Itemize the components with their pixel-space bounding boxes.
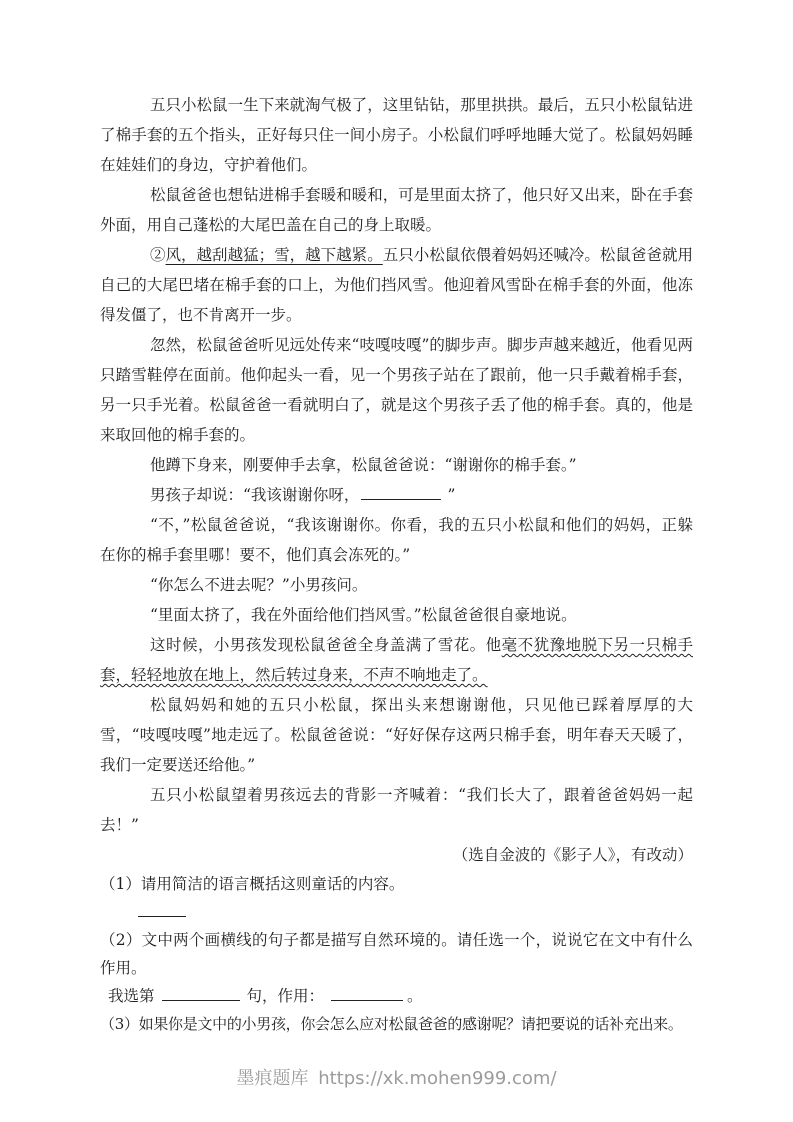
story-text: 松鼠妈妈和她的五只小松鼠，探出头来想谢谢他，只见他已踩着厚厚的大雪，“吱嘎吱嘎”… xyxy=(100,696,693,774)
story-paragraph-9: “里面太挤了，我在外面给他们挡风雪。”松鼠爸爸很自豪地说。 xyxy=(100,600,693,630)
story-paragraph-8: “你怎么不进去呢？”小男孩问。 xyxy=(100,570,693,600)
story-text: “你怎么不进去呢？”小男孩问。 xyxy=(150,576,367,594)
story-paragraph-7: “不，”松鼠爸爸说，“我该谢谢你。你看，我的五只小松鼠和他们的妈妈，正躲在你的棉… xyxy=(100,510,693,570)
answer-blank-sentence-number xyxy=(162,986,240,1001)
story-text: 这时候，小男孩发现松鼠爸爸全身盖满了雪花。他 xyxy=(150,636,502,654)
story-paragraph-11: 松鼠妈妈和她的五只小松鼠，探出头来想谢谢他，只见他已踩着厚厚的大雪，“吱嘎吱嘎”… xyxy=(100,690,693,780)
story-text: ” xyxy=(447,486,455,504)
reading-passage: 五只小松鼠一生下来就淘气极了，这里钻钻，那里拱拱。最后，五只小松鼠钻进了棉手套的… xyxy=(100,90,693,1038)
answer-prefix: 我选第 xyxy=(108,987,155,1005)
story-text: “不，”松鼠爸爸说，“我该谢谢你。你看，我的五只小松鼠和他们的妈妈，正躲在你的棉… xyxy=(100,516,693,564)
story-paragraph-5: 他蹲下身来，刚要伸手去拿，松鼠爸爸说：“谢谢你的棉手套。” xyxy=(100,450,693,480)
question-1-answer-row xyxy=(100,898,693,926)
story-paragraph-4: 忽然，松鼠爸爸听见远处传来“吱嘎吱嘎”的脚步声。脚步声越来越近，他看见两只踏雪鞋… xyxy=(100,330,693,450)
story-text: 松鼠爸爸也想钻进棉手套暖和暖和，可是里面太挤了，他只好又出来，卧在手套外面，用自… xyxy=(100,186,693,234)
question-2-answer-row: 我选第句，作用：。 xyxy=(100,982,693,1010)
page-footer: 墨痕题库 https://xk.mohen999.com/ xyxy=(0,1064,793,1090)
story-paragraph-12: 五只小松鼠望着男孩远去的背影一齐喊着：“我们长大了，跟着爸爸妈妈一起去！” xyxy=(100,780,693,840)
story-text: “里面太挤了，我在外面给他们挡风雪。”松鼠爸爸很自豪地说。 xyxy=(150,606,577,624)
answer-end: 。 xyxy=(407,987,423,1005)
question-1: （1）请用简洁的语言概括这则童话的内容。 xyxy=(100,870,693,898)
story-paragraph-6: 男孩子却说：“我该谢谢你呀，” xyxy=(100,480,693,510)
story-text: 他蹲下身来，刚要伸手去拿，松鼠爸爸说：“谢谢你的棉手套。” xyxy=(150,456,577,474)
question-2: （2）文中两个画横线的句子都是描写自然环境的。请任选一个，说说它在文中有什么作用… xyxy=(100,926,693,982)
answer-blank-dialogue xyxy=(361,485,441,500)
story-text: 忽然，松鼠爸爸听见远处传来“吱嘎吱嘎”的脚步声。脚步声越来越近，他看见两只踏雪鞋… xyxy=(100,336,693,444)
underlined-sentence-2: 风，越刮越猛；雪，越下越紧。 xyxy=(166,246,383,264)
footer-site-name: 墨痕题库 xyxy=(236,1068,308,1089)
story-paragraph-10: 这时候，小男孩发现松鼠爸爸全身盖满了雪花。他毫不犹豫地脱下另一只棉手套，轻轻地放… xyxy=(100,630,693,690)
question-3: （3）如果你是文中的小男孩，你会怎么应对松鼠爸爸的感谢呢？请把要说的话补充出来。 xyxy=(100,1010,693,1038)
story-text: 五只小松鼠一生下来就淘气极了，这里钻钻，那里拱拱。最后，五只小松鼠钻进了棉手套的… xyxy=(100,96,693,174)
answer-blank-q1 xyxy=(138,902,186,917)
story-paragraph-1: 五只小松鼠一生下来就淘气极了，这里钻钻，那里拱拱。最后，五只小松鼠钻进了棉手套的… xyxy=(100,90,693,180)
sentence-marker-2: ② xyxy=(150,246,166,264)
footer-site-url: https://xk.mohen999.com/ xyxy=(318,1068,556,1089)
story-paragraph-3: ②风，越刮越猛；雪，越下越紧。五只小松鼠依偎着妈妈还喊冷。松鼠爸爸就用自己的大尾… xyxy=(100,240,693,330)
story-text: 五只小松鼠望着男孩远去的背影一齐喊着：“我们长大了，跟着爸爸妈妈一起去！” xyxy=(100,786,693,834)
answer-blank-function xyxy=(331,986,403,1001)
source-attribution: （选自金波的《影子人》，有改动） xyxy=(100,840,693,870)
exam-page: 五只小松鼠一生下来就淘气极了，这里钻钻，那里拱拱。最后，五只小松鼠钻进了棉手套的… xyxy=(0,0,793,1122)
story-text: 男孩子却说：“我该谢谢你呀， xyxy=(150,486,359,504)
story-paragraph-2: 松鼠爸爸也想钻进棉手套暖和暖和，可是里面太挤了，他只好又出来，卧在手套外面，用自… xyxy=(100,180,693,240)
answer-mid: 句，作用： xyxy=(247,987,325,1005)
